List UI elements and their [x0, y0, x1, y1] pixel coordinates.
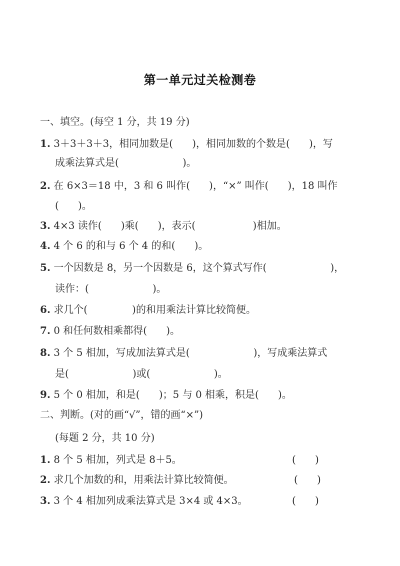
fill-question-5-cont: 读作：( )。 — [55, 284, 166, 296]
question-text: 3 个 5 相加，写成加法算式是( )，写成乘法算式 — [54, 348, 328, 359]
fill-question-8: 8. 3 个 5 相加，写成加法算式是( )，写成乘法算式 — [40, 348, 327, 360]
answer-bracket: ( ) — [292, 496, 319, 508]
judge-question-1: 1. 8 个 5 相加，列式是 8＋5。 — [40, 455, 182, 467]
fill-question-6: 6. 求几个( )的和用乘法计算比较简便。 — [40, 305, 256, 317]
question-text: 在 6×3＝18 中，3 和 6 叫作( )，“×” 叫作( )，18 叫作 — [54, 181, 338, 192]
judge-question-3: 3. 3 个 4 相加列成乘法算式是 3×4 或 4×3。 — [40, 496, 248, 508]
question-text: 求几个( )的和用乘法计算比较简便。 — [54, 305, 256, 316]
question-number: 2. — [40, 475, 50, 486]
question-text: 3 个 4 相加列成乘法算式是 3×4 或 4×3。 — [54, 496, 248, 507]
fill-question-3: 3. 4×3 读作( )乘( )，表示( )相加。 — [40, 221, 287, 233]
fill-question-2: 2. 在 6×3＝18 中，3 和 6 叫作( )，“×” 叫作( )，18 叫… — [40, 181, 338, 193]
question-text: 一个因数是 8，另一个因数是 6，这个算式写作( )， — [54, 263, 344, 274]
question-text: 求几个加数的和，用乘法计算比较简便。 — [54, 475, 234, 486]
question-text: 8 个 5 相加，列式是 8＋5。 — [54, 455, 182, 466]
fill-question-8-cont: 是( )或( )。 — [55, 369, 228, 381]
fill-question-7: 7. 0 和任何数相乘都得( )。 — [40, 326, 180, 338]
question-number: 1. — [40, 139, 50, 150]
fill-question-1-cont: 成乘法算式是( )。 — [55, 158, 196, 170]
fill-question-9: 9. 5 个 0 相加，和是( )；5 与 0 相乘，积是( )。 — [40, 390, 292, 402]
question-text: 5 个 0 相加，和是( )；5 与 0 相乘，积是( )。 — [54, 390, 292, 401]
question-number: 4. — [40, 241, 50, 252]
question-number: 2. — [40, 181, 50, 192]
fill-question-1: 1. 3＋3＋3＋3，相同加数是( )，相同加数的个数是( )，写 — [40, 139, 333, 151]
answer-bracket: ( ) — [294, 475, 321, 487]
section-1-heading: 一、填空。(每空 1 分，共 19 分) — [40, 117, 190, 129]
page-title: 第一单元过关检测卷 — [0, 71, 400, 88]
question-number: 7. — [40, 326, 50, 337]
question-text: 0 和任何数相乘都得( )。 — [54, 326, 180, 337]
question-number: 3. — [40, 221, 50, 232]
fill-question-5: 5. 一个因数是 8，另一个因数是 6，这个算式写作( )， — [40, 263, 344, 275]
question-text: 4 个 6 的和与 6 个 4 的和( )。 — [54, 241, 209, 252]
question-number: 5. — [40, 263, 50, 274]
question-number: 3. — [40, 496, 50, 507]
question-number: 9. — [40, 390, 50, 401]
question-text: 4×3 读作( )乘( )，表示( )相加。 — [54, 221, 287, 232]
question-number: 6. — [40, 305, 50, 316]
question-text: 3＋3＋3＋3，相同加数是( )，相同加数的个数是( )，写 — [54, 139, 333, 150]
section-2-subheading: (每题 2 分，共 10 分) — [55, 433, 155, 445]
fill-question-4: 4. 4 个 6 的和与 6 个 4 的和( )。 — [40, 241, 208, 253]
fill-question-2-cont: ( )。 — [55, 201, 92, 213]
answer-bracket: ( ) — [292, 455, 319, 467]
section-2-heading: 二、判断。(对的画“√”，错的画“×”) — [40, 410, 203, 422]
judge-question-2: 2. 求几个加数的和，用乘法计算比较简便。 — [40, 475, 234, 487]
question-number: 1. — [40, 455, 50, 466]
question-number: 8. — [40, 348, 50, 359]
exam-page: 第一单元过关检测卷 一、填空。(每空 1 分，共 19 分) 1. 3＋3＋3＋… — [0, 0, 400, 566]
